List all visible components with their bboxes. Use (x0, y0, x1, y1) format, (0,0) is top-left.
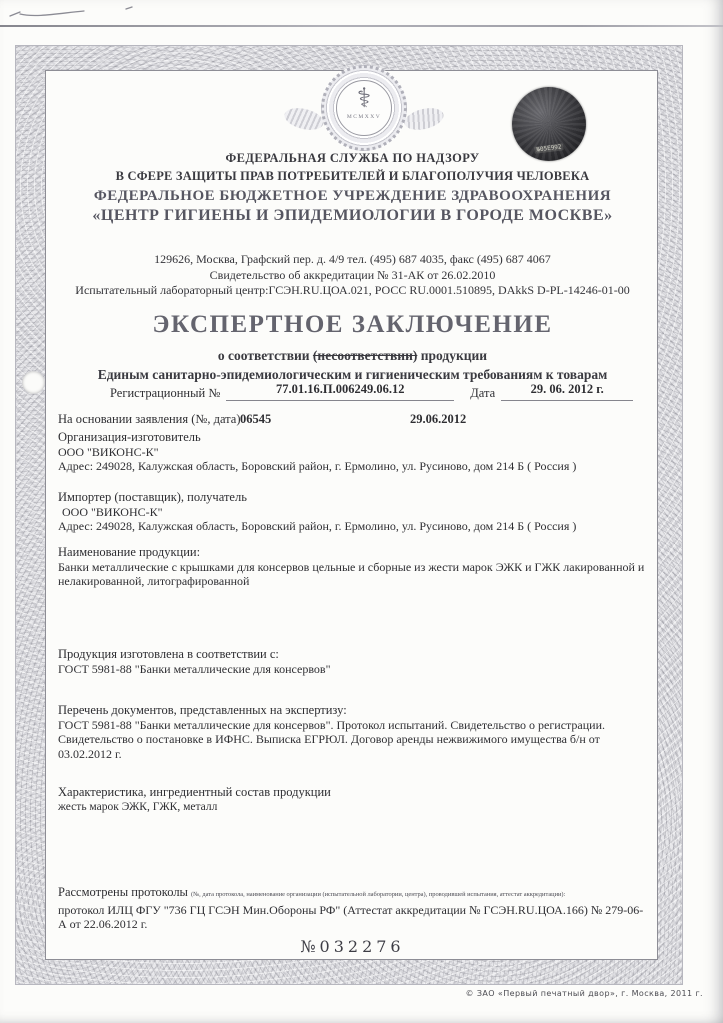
laurel-left-icon (282, 104, 326, 133)
medallion-ring: ⚕ MCMXXV (321, 65, 407, 151)
institution-contacts: 129626, Москва, Графский пер. д. 4/9 тел… (58, 252, 647, 299)
document-title: ЭКСПЕРТНОЕ ЗАКЛЮЧЕНИЕ (58, 311, 647, 339)
importer-name: ООО "ВИКОНС-К" (58, 505, 647, 520)
registration-row: Регистрационный №77.01.16.П.006249.06.12… (110, 385, 647, 401)
documents-section: Перечень документов, представленных на э… (58, 703, 647, 761)
scan-edge-line (0, 25, 723, 27)
subtitle-suffix: продукции (417, 348, 487, 363)
product-section: Наименование продукции: Банки металличес… (58, 545, 647, 589)
date-label: Дата (470, 386, 495, 400)
laurel-right-icon (402, 104, 446, 133)
institution-name-line2: «ЦЕНТР ГИГИЕНЫ И ЭПИДЕМИОЛОГИИ В ГОРОДЕ … (58, 207, 647, 225)
document-subtitle: о соответствии (несоответствии) продукци… (58, 348, 647, 364)
registration-number: 77.01.16.П.006249.06.12 (276, 382, 404, 396)
characteristics-section: Характеристика, ингредиентный состав про… (58, 785, 647, 814)
protocols-section: Рассмотрены протоколы (№, дата протокола… (58, 885, 647, 932)
pen-mark-icon (6, 3, 146, 25)
staff-of-asclepius-icon: ⚕ (337, 81, 391, 115)
manufacturer-label: Организация-изготовитель (58, 430, 647, 445)
hologram-stamp: №05Е992 (512, 87, 586, 161)
standards-label: Продукция изготовлена в соответствии с: (58, 647, 647, 662)
date-blank: 29. 06. 2012 г. (501, 385, 633, 401)
protocols-label-row: Рассмотрены протоколы (№, дата протокола… (58, 885, 647, 903)
date-value: 29. 06. 2012 г. (531, 382, 604, 396)
standards-value: ГОСТ 5981-88 "Банки металлические для ко… (58, 662, 647, 677)
subtitle-prefix: о соответствии (218, 348, 313, 363)
application-date: 29.06.2012 (410, 412, 466, 427)
laboratory-center: Испытательный лабораторный центр:ГСЭН.RU… (58, 283, 647, 299)
hole-punch (22, 371, 45, 394)
document-title-block: ЭКСПЕРТНОЕ ЗАКЛЮЧЕНИЕ о соответствии (не… (58, 311, 647, 383)
form-serial-number: №032276 (58, 937, 647, 956)
guilloche-border: ⚕ MCMXXV №05Е992 ФЕДЕРАЛЬНАЯ СЛУЖБА ПО Н… (15, 45, 683, 985)
application-row: На основании заявления (№, дата) 06545 2… (58, 412, 647, 427)
characteristics-label: Характеристика, ингредиентный состав про… (58, 785, 647, 800)
emblem-core: ⚕ MCMXXV (336, 80, 392, 136)
service-name-line1: ФЕДЕРАЛЬНАЯ СЛУЖБА ПО НАДЗОРУ (58, 151, 647, 166)
rosette-emblem: ⚕ MCMXXV (284, 63, 444, 159)
manufacturer-name: ООО "ВИКОНС-К" (58, 445, 647, 460)
product-label: Наименование продукции: (58, 545, 647, 560)
product-description: Банки металлические с крышками для консе… (58, 560, 647, 589)
printer-credit: © ЗАО «Первый печатный двор», г. Москва,… (466, 989, 703, 998)
importer-label: Импортер (поставщик), получатель (58, 490, 647, 505)
scanned-certificate-page: ⚕ MCMXXV №05Е992 ФЕДЕРАЛЬНАЯ СЛУЖБА ПО Н… (0, 0, 723, 1023)
application-label: На основании заявления (№, дата) (58, 412, 241, 426)
manufacturer-section: Организация-изготовитель ООО "ВИКОНС-К" … (58, 430, 647, 474)
manufacturer-address: Адрес: 249028, Калужская область, Боровс… (58, 459, 647, 474)
institution-name-line1: ФЕДЕРАЛЬНОЕ БЮДЖЕТНОЕ УЧРЕЖДЕНИЕ ЗДРАВОО… (58, 188, 647, 205)
government-header: ФЕДЕРАЛЬНАЯ СЛУЖБА ПО НАДЗОРУ В СФЕРЕ ЗА… (58, 151, 647, 225)
documents-label: Перечень документов, представленных на э… (58, 703, 647, 718)
service-name-line2: В СФЕРЕ ЗАЩИТЫ ПРАВ ПОТРЕБИТЕЛЕЙ И БЛАГО… (58, 169, 647, 184)
characteristics-value: жесть марок ЭЖК, ГЖК, металл (58, 800, 647, 815)
application-number: 06545 (240, 412, 271, 427)
protocols-label-note: (№, дата протокола, наименование организ… (191, 891, 565, 898)
emblem-motto: MCMXXV (337, 114, 391, 120)
document-subtitle2: Единым санитарно-эпидемиологическим и ги… (58, 367, 647, 383)
protocols-value: протокол ИЛЦ ФГУ "736 ГЦ ГСЭН Мин.Оборон… (58, 903, 647, 932)
institution-address: 129626, Москва, Графский пер. д. 4/9 тел… (58, 252, 647, 268)
importer-address: Адрес: 249028, Калужская область, Боровс… (58, 519, 647, 534)
registration-blank: 77.01.16.П.006249.06.12 (226, 385, 454, 401)
standards-section: Продукция изготовлена в соответствии с: … (58, 647, 647, 676)
importer-section: Импортер (поставщик), получатель ООО "ВИ… (58, 490, 647, 534)
subtitle-struck-text: (несоответствии) (313, 348, 417, 363)
certificate-body: ⚕ MCMXXV №05Е992 ФЕДЕРАЛЬНАЯ СЛУЖБА ПО Н… (45, 70, 658, 960)
accreditation-certificate: Свидетельство об аккредитации № 31-АК от… (58, 268, 647, 284)
registration-label: Регистрационный № (110, 386, 220, 400)
protocols-label: Рассмотрены протоколы (58, 885, 188, 899)
documents-list: ГОСТ 5981-88 "Банки металлические для ко… (58, 718, 647, 762)
